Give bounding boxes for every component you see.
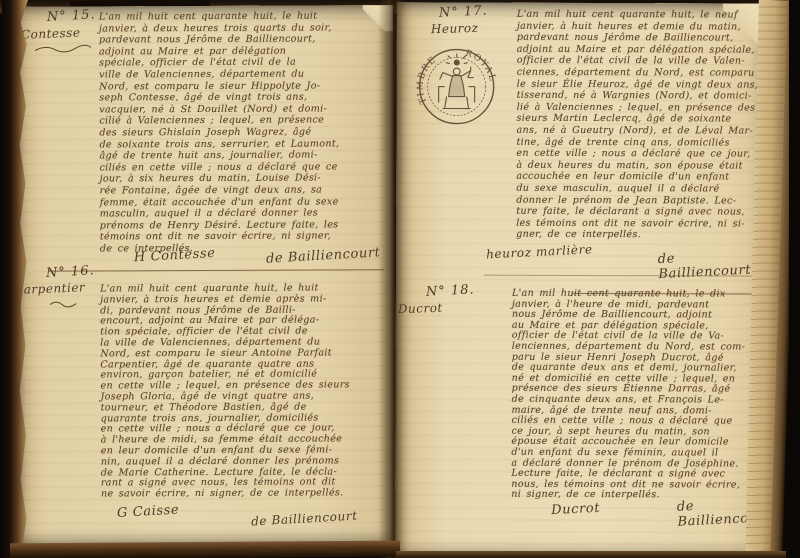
entry-17: N° 17. Heuroz <box>397 2 769 3</box>
entry-number: N° 15. <box>46 7 95 25</box>
entry-18: N° 18. Ducrot L'an mil huit cent quarant… <box>397 2 769 3</box>
entry-number: N° 17. <box>439 3 488 20</box>
entry-body-text: L'an mil huit cent quarante huit, le hui… <box>99 10 368 255</box>
register-book-photo: N° 15. Contesse L'an mil huit cent quara… <box>0 0 800 558</box>
paraph-flourish-icon <box>33 42 93 54</box>
entry-margin-name: Ducrot <box>398 301 443 316</box>
timbre-royal-stamp: TIMBRE ROYAL <box>417 46 497 126</box>
signature: G Caisse <box>117 502 180 521</box>
entry-body-text: L'an mil huit cent quarante huit, le dix… <box>511 289 772 502</box>
entry-separator-rule <box>48 269 384 271</box>
entry-margin-name: Heuroz <box>431 21 479 36</box>
background <box>789 0 800 558</box>
entry-body-text: L'an mil huit cent quarante huit, le hui… <box>100 283 369 500</box>
signature: Ducrot <box>551 501 601 518</box>
entry-number: N° 16. <box>46 263 95 281</box>
seated-justice-figure-icon <box>439 53 475 108</box>
svg-text:TIMBRE: TIMBRE <box>417 55 439 106</box>
gutter-fold-line <box>393 6 395 552</box>
entry-margin-name: Carpentier <box>14 280 86 297</box>
bottom-page-block-edge <box>396 551 786 558</box>
bottom-page-block-edge <box>10 541 400 558</box>
entry-margin-name: Contesse <box>21 26 81 42</box>
signature: H Contesse <box>134 246 216 266</box>
signature: heuroz marlière <box>486 242 593 261</box>
book-gutter-shadow <box>378 0 404 558</box>
entry-separator-rule <box>484 275 772 277</box>
signature: de Bailliencourt <box>251 509 358 529</box>
right-page: N° 17. Heuroz <box>395 2 769 558</box>
entry-number: N° 18. <box>426 282 475 299</box>
stamp-text-left: TIMBRE <box>417 55 439 106</box>
entry-body-text: L'an mil huit cent quarante huit, le neu… <box>516 9 773 242</box>
paraph-flourish-icon <box>48 299 78 309</box>
left-page: N° 15. Contesse L'an mil huit cent quara… <box>13 5 395 547</box>
